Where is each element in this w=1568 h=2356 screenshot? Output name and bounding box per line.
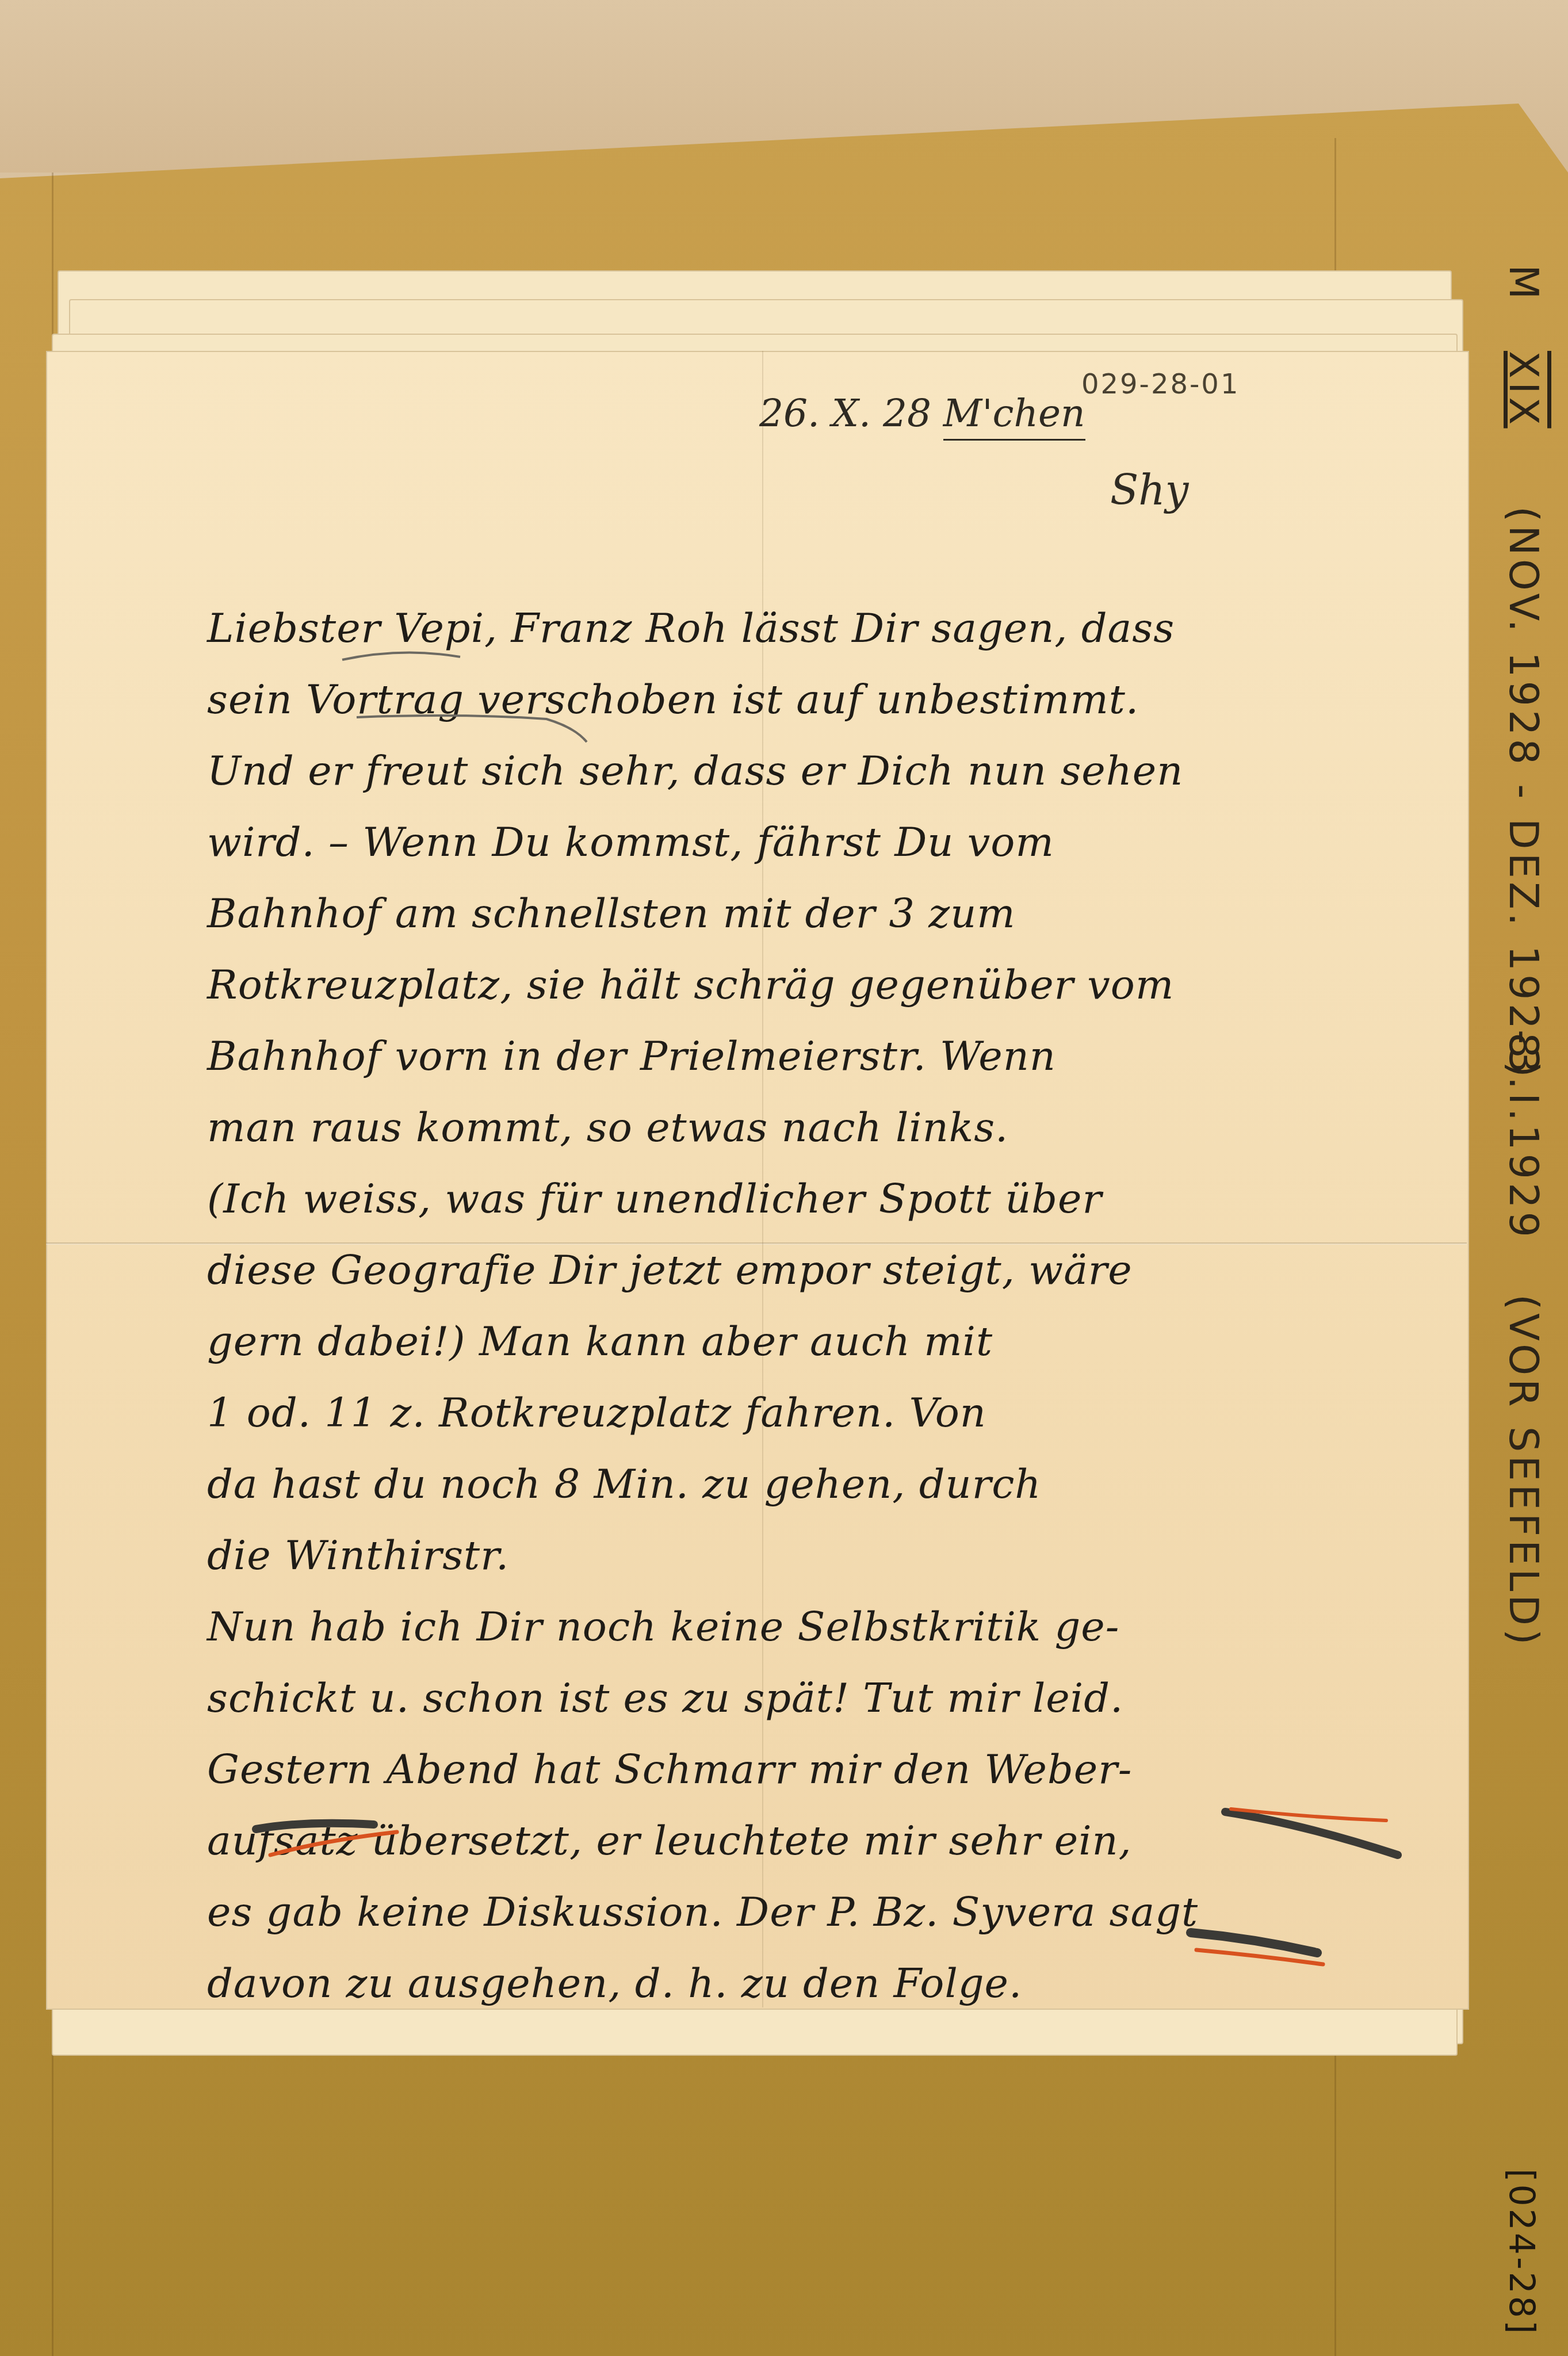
crayon-marks bbox=[0, 0, 1568, 2356]
